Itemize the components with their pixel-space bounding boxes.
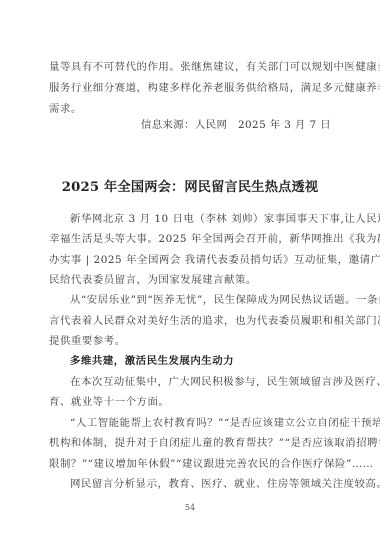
section-heading: 多维共建，激活民生发展内生动力: [70, 354, 331, 368]
paragraph-line: “人工智能能帮上农村教育吗？”“是否应该建立公立自闭症干预培训: [70, 416, 331, 430]
paragraph-line: 办实事 | 2025 年全国两会 我请代表委员捎句话》互动征集，邀请广大网: [49, 253, 331, 267]
paragraph-line: 幸福生活是头等大事。2025 年全国两会召开前，新华网推出《我为群众: [49, 232, 331, 246]
paragraph-line: 育、就业等十一个方面。: [49, 395, 331, 409]
paragraph-line: 限制？”“建议增加年休假”“建议跟进完善农民的合作医疗保险”……: [49, 457, 331, 471]
paragraph-line: 服务行业细分赛道，构建多样化养老服务供给格局，满足多元健康养老新: [49, 81, 331, 95]
paragraph-line: 民给代表委员留言，为国家发展建言献策。: [49, 273, 331, 287]
paragraph-line: 言代表着人民群众对美好生活的追求，也为代表委员履职和相关部门决策: [49, 314, 331, 328]
paragraph-line: 网民留言分析显示，教育、医疗、就业、住房等领域关注度较高。通: [70, 477, 331, 491]
document-page: 量等具有不可替代的作用。张继焦建议，有关部门可以规划中医健康养老 服务行业细分赛…: [0, 0, 380, 537]
paragraph-line: 提供重要参考。: [49, 334, 331, 348]
paragraph-line: 从“安居乐业”到“医养无忧”，民生保障成为网民热议话题。一条条留: [70, 293, 331, 307]
source-attribution: 信息来源：人民网 2025 年 3 月 7 日: [141, 118, 331, 132]
paragraph-line: 在本次互动征集中，广大网民积极参与，民生领域留言涉及医疗、教: [70, 375, 331, 389]
paragraph-line: 量等具有不可替代的作用。张继焦建议，有关部门可以规划中医健康养老: [49, 60, 331, 74]
paragraph-line: 新华网北京 3 月 10 日电（李林 刘帅）家事国事天下事,让人民过上: [70, 212, 331, 226]
article-title: 2025 年全国两会：网民留言民生热点透视: [0, 176, 380, 195]
paragraph-line: 机构和体制，提升对于自闭症儿童的教育帮扶？”“是否应该取消招聘年龄: [49, 436, 331, 450]
paragraph-line: 需求。: [49, 102, 331, 116]
page-number: 54: [0, 503, 380, 512]
